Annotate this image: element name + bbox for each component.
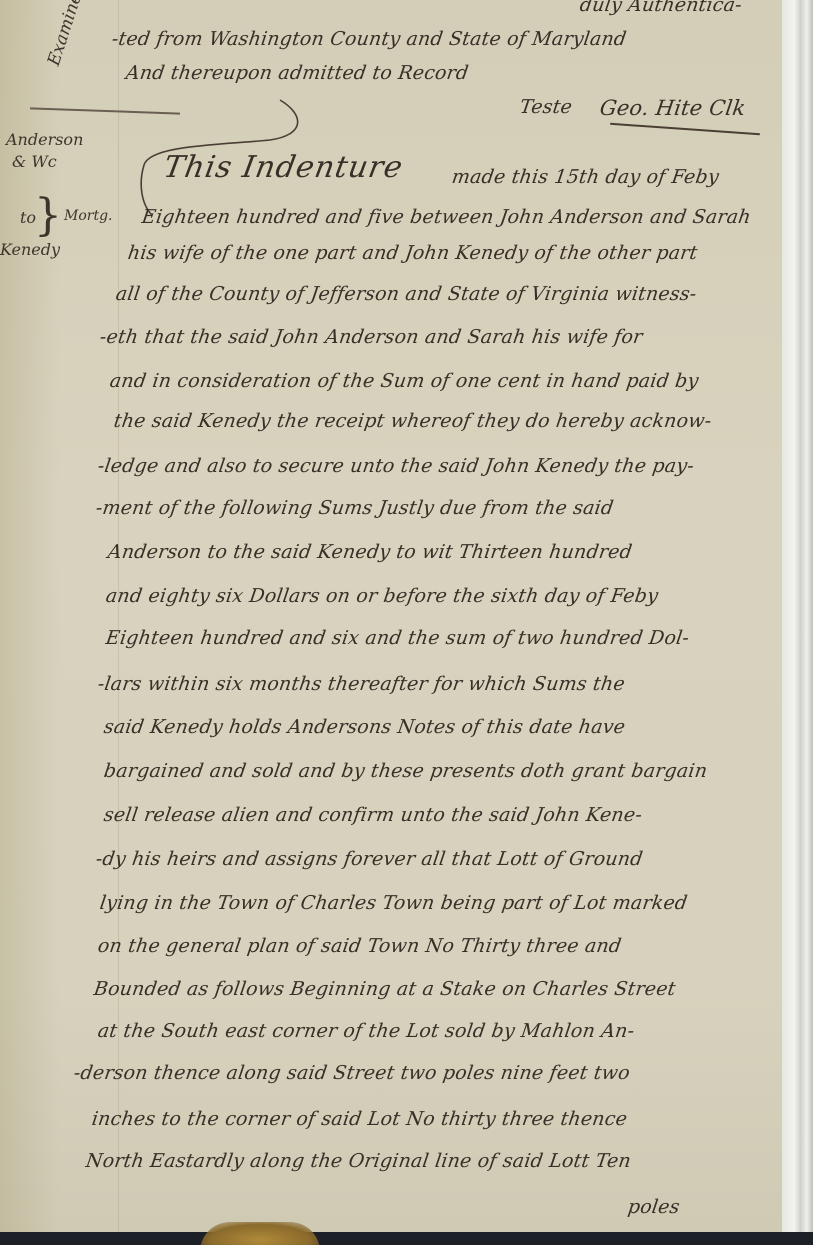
- body-line: Anderson to the said Kenedy to wit Thirt…: [106, 541, 633, 563]
- body-line: -dy his heirs and assigns forever all th…: [94, 848, 644, 870]
- margin-brace: }: [34, 190, 62, 241]
- body-line: -ment of the following Sums Justly due f…: [94, 497, 615, 519]
- body-line: all of the County of Jefferson and State…: [114, 283, 698, 305]
- body-line: bargained and sold and by these presents…: [102, 760, 708, 782]
- page-edge: [782, 0, 813, 1245]
- body-line: said Kenedy holds Andersons Notes of thi…: [102, 716, 626, 738]
- body-line: the said Kenedy the receipt whereof they…: [112, 410, 713, 432]
- body-line: on the general plan of said Town No Thir…: [96, 935, 622, 957]
- body-line: his wife of the one part and John Kenedy…: [126, 242, 699, 264]
- margin-party-1: Anderson: [6, 130, 83, 149]
- margin-rule: [118, 0, 119, 1235]
- body-line: and in consideration of the Sum of one c…: [108, 370, 700, 392]
- continuation-line-1: duly Authentica-: [578, 0, 743, 16]
- body-line: and eighty six Dollars on or before the …: [104, 585, 659, 607]
- indenture-title: This Indenture: [161, 150, 406, 185]
- body-line: North Eastardly along the Original line …: [84, 1150, 632, 1172]
- body-line: -lars within six months thereafter for w…: [96, 673, 626, 695]
- body-line: -derson thence along said Street two pol…: [72, 1062, 631, 1084]
- body-line: Bounded as follows Beginning at a Stake …: [92, 978, 677, 1000]
- clerk-signature: Geo. Hite Clk: [598, 96, 747, 120]
- continuation-line-2: -ted from Washington County and State of…: [110, 28, 627, 50]
- body-line: poles: [626, 1196, 681, 1218]
- body-line: Eighteen hundred and six and the sum of …: [104, 627, 690, 649]
- page-shading: [0, 0, 60, 1235]
- body-line: at the South east corner of the Lot sold…: [96, 1020, 635, 1042]
- thumb-holding-page: [200, 1222, 320, 1245]
- continuation-line-3: And thereupon admitted to Record: [124, 62, 470, 84]
- body-line: made this 15th day of Feby: [450, 166, 720, 188]
- body-line: -eth that the said John Anderson and Sar…: [98, 326, 644, 348]
- body-line: Eighteen hundred and five between John A…: [140, 206, 752, 228]
- body-line: sell release alien and confirm unto the …: [102, 804, 643, 826]
- body-line: lying in the Town of Charles Town being …: [98, 892, 688, 914]
- bottom-shadow: [0, 1232, 813, 1245]
- body-line: inches to the corner of said Lot No thir…: [90, 1108, 628, 1130]
- signature-underline: [610, 123, 760, 135]
- attest-label: Teste: [518, 96, 573, 118]
- margin-to: to: [20, 208, 36, 227]
- margin-party-2: Kenedy: [0, 240, 60, 259]
- margin-instrument-type: Mortg.: [64, 208, 113, 224]
- ledger-page: Examined duly Authentica- -ted from Wash…: [0, 0, 782, 1235]
- body-line: -ledge and also to secure unto the said …: [96, 455, 695, 477]
- margin-party-1-wife: & Wc: [12, 152, 57, 171]
